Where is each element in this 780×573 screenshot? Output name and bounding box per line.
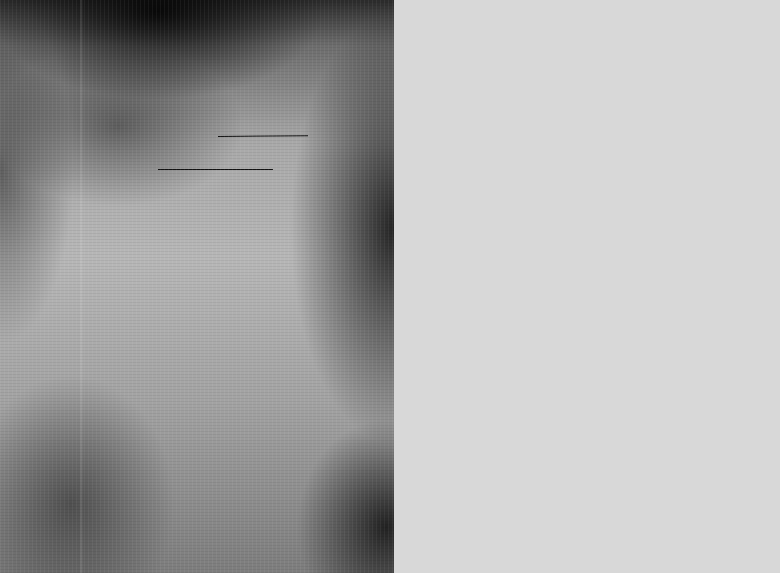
- heading-date: [218, 134, 308, 137]
- heading-department: [158, 168, 273, 170]
- left-page: [0, 0, 394, 573]
- manuscript-spread: [0, 0, 780, 573]
